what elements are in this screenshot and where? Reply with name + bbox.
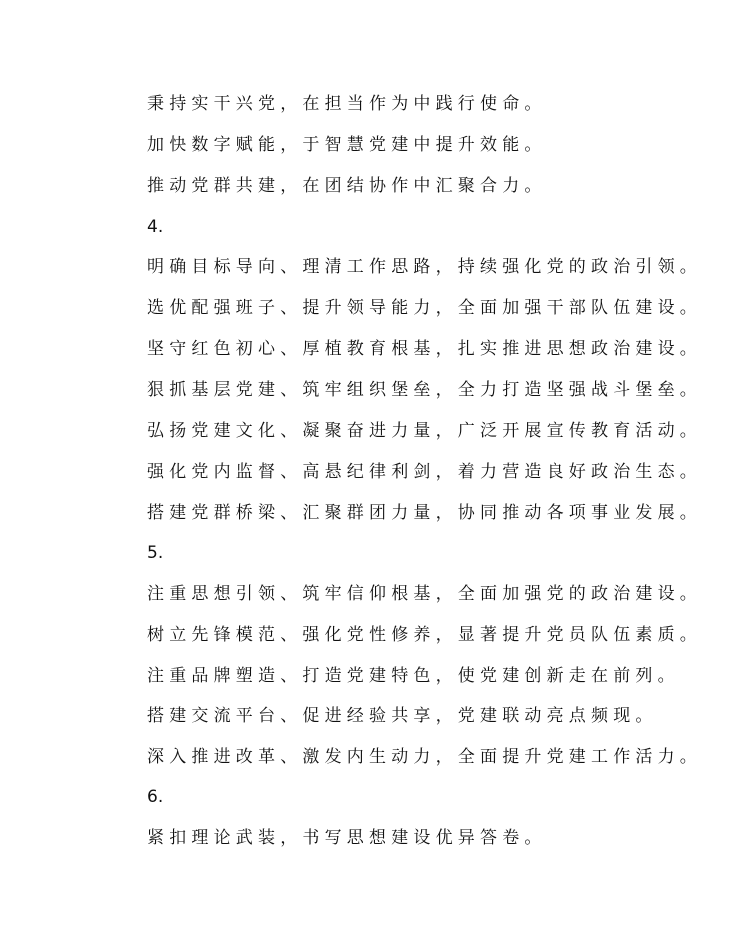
section-number: 6. — [147, 787, 163, 807]
slogan-line: 搭建党群桥梁、汇聚群团力量，协同推动各项事业发展。 — [147, 503, 702, 523]
slogan-line: 注重思想引领、筑牢信仰根基，全面加强党的政治建设。 — [147, 584, 702, 604]
slogan-line: 强化党内监督、高悬纪律利剑，着力营造良好政治生态。 — [147, 462, 702, 482]
section-number: 4. — [147, 217, 163, 237]
slogan-line: 树立先锋模范、强化党性修养，显著提升党员队伍素质。 — [147, 625, 702, 645]
slogan-line: 选优配强班子、提升领导能力，全面加强干部队伍建设。 — [147, 298, 702, 318]
slogan-line: 紧扣理论武装，书写思想建设优异答卷。 — [147, 828, 547, 848]
slogan-line: 深入推进改革、激发内生动力，全面提升党建工作活力。 — [147, 747, 702, 767]
section-number: 5. — [147, 543, 163, 563]
slogan-line: 注重品牌塑造、打造党建特色，使党建创新走在前列。 — [147, 666, 680, 686]
document-page: 秉持实干兴党，在担当作为中践行使命。 加快数字赋能，于智慧党建中提升效能。 推动… — [0, 0, 731, 946]
slogan-line: 弘扬党建文化、凝聚奋进力量，广泛开展宣传教育活动。 — [147, 421, 702, 441]
slogan-line: 秉持实干兴党，在担当作为中践行使命。 — [147, 94, 547, 114]
slogan-line: 明确目标导向、理清工作思路，持续强化党的政治引领。 — [147, 257, 702, 277]
slogan-line: 加快数字赋能，于智慧党建中提升效能。 — [147, 135, 547, 155]
slogan-line: 推动党群共建，在团结协作中汇聚合力。 — [147, 176, 547, 196]
slogan-line: 狠抓基层党建、筑牢组织堡垒，全力打造坚强战斗堡垒。 — [147, 380, 702, 400]
slogan-line: 坚守红色初心、厚植教育根基，扎实推进思想政治建设。 — [147, 339, 702, 359]
slogan-line: 搭建交流平台、促进经验共享，党建联动亮点频现。 — [147, 706, 658, 726]
